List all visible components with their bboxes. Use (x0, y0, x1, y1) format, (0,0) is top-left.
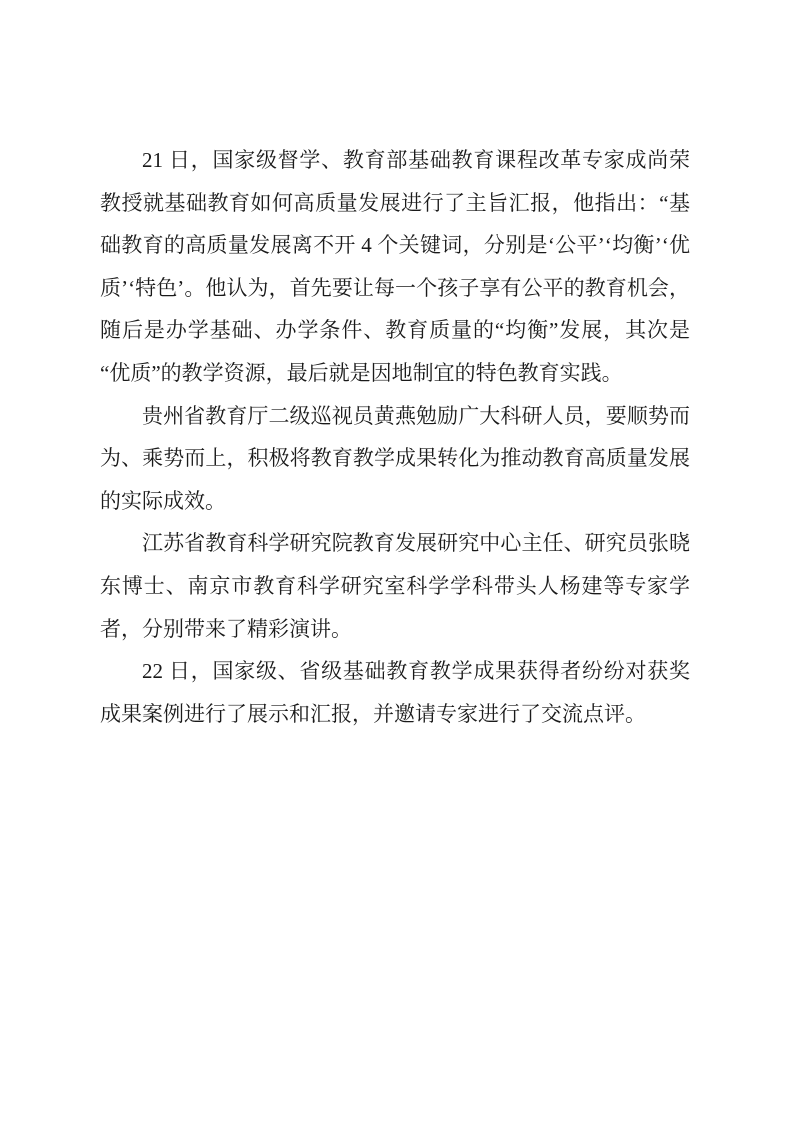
paragraph-2: 贵州省教育厅二级巡视员黄燕勉励广大科研人员，要顺势而为、乘势而上，积极将教育教学… (100, 395, 690, 523)
paragraph-4: 22 日，国家级、省级基础教育教学成果获得者纷纷对获奖成果案例进行了展示和汇报，… (100, 650, 690, 735)
document-body: 21 日，国家级督学、教育部基础教育课程改革专家成尚荣教授就基础教育如何高质量发… (100, 139, 690, 735)
paragraph-1: 21 日，国家级督学、教育部基础教育课程改革专家成尚荣教授就基础教育如何高质量发… (100, 139, 690, 395)
paragraph-3: 江苏省教育科学研究院教育发展研究中心主任、研究员张晓东博士、南京市教育科学研究室… (100, 522, 690, 650)
document-page: 21 日，国家级督学、教育部基础教育课程改革专家成尚荣教授就基础教育如何高质量发… (0, 0, 793, 1122)
